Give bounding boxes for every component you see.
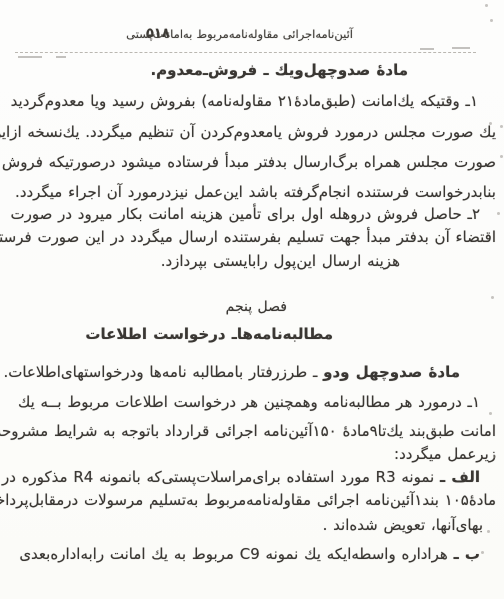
scan-speck <box>500 125 503 128</box>
article-141-para-1-line-3: صورت مجلس همراه برگ‌ارسال بدفتر مبدأ فرس… <box>0 154 496 171</box>
article-141-para-2-line-3: هزینه ارسال این‌پول رابایستی بپردازد. <box>161 253 400 270</box>
item-be-text: هراداره واسطه‌ایکه یك نمونه C9 مربوط به … <box>19 545 447 563</box>
scan-speck <box>485 4 488 7</box>
scan-artifact-dashed-line <box>15 52 476 53</box>
scan-speck <box>487 530 490 533</box>
scan-speck <box>489 122 492 125</box>
item-alef-label: الف ـ <box>440 468 480 486</box>
scan-speck <box>491 296 494 299</box>
scan-artifact-dash <box>18 56 42 58</box>
article-141-para-1-line-1: ۱ـ وقتیکه یك‌امانت (طبق‌مادهٔ۲۱ مقاوله‌ن… <box>11 93 478 110</box>
article-141-para-1-line-4: بنابدرخواست فرستنده انجام‌گرفته باشد این… <box>15 184 496 201</box>
article-142-heading-label: مادهٔ صدوچهل ودو <box>323 363 460 381</box>
article-142-item-be-line-1: ب ـ هراداره واسطه‌ایکه یك نمونه C9 مربوط… <box>19 546 480 563</box>
article-142-item-alef-line-1: الف ـ نمونه R3 مورد استفاده برای‌مراسلات… <box>2 469 480 486</box>
scan-speck <box>489 412 492 415</box>
scan-artifact-dash <box>420 48 434 50</box>
item-alef-text: نمونه R3 مورد استفاده برای‌مراسلات‌پستی‌… <box>2 468 434 486</box>
article-142-para-1-line-3: زیرعمل میگردد: <box>394 446 496 463</box>
scanned-document-page: ۵۱۸ آئین‌نامه‌اجرائی مقاوله‌نامه‌مربوط ب… <box>0 0 504 599</box>
scan-speck <box>490 19 493 22</box>
article-142-para-1-line-1: ۱ـ درمورد هر مطالبه‌نامه وهمچنین هر درخو… <box>18 394 480 411</box>
article-142-heading-text: ـ طرزرفتار بامطالبه نامه‌ها ودرخواستهای‌… <box>3 363 317 381</box>
article-142-item-alef-line-2: مادهٔ۱۰۵ بند۱آئین‌نامه اجرائی مقاوله‌نام… <box>0 492 496 509</box>
running-title: آئین‌نامه‌اجرائی مقاوله‌نامه‌مربوط به‌ام… <box>126 28 353 41</box>
scan-artifact-dash <box>56 56 66 58</box>
scan-speck <box>481 551 484 554</box>
chapter-5-title: فصل پنجم <box>226 299 287 315</box>
article-141-heading: مادهٔ صدوچهل‌ویك ـ فروش‌ـ‌معدوم. <box>150 62 408 79</box>
article-141-para-2-line-1: ۲ـ حاصل فروش دروهله اول برای تأمین هزینه… <box>10 206 480 223</box>
article-142-para-1-line-2: امانت طبق‌بند یك‌تا۹مادهٔ ۱۵۰آئین‌نامه ا… <box>0 423 496 440</box>
article-142-item-alef-line-3: بهای‌آنها، تعویض شده‌اند . <box>323 517 483 534</box>
article-142-heading: مادهٔ صدوچهل ودو ـ طرزرفتار بامطالبه نام… <box>3 364 460 381</box>
scan-artifact-dash <box>452 47 470 49</box>
scan-speck <box>493 455 496 458</box>
article-141-para-2-line-2: اقتضاء آن بدفتر مبدأ جهت تسلیم بفرستنده … <box>0 229 496 246</box>
chapter-5-subtitle: مطالبه‌نامه‌هاـ درخواست اطلاعات <box>85 326 333 343</box>
scan-speck <box>497 212 500 215</box>
item-be-label: ب ـ <box>454 545 480 563</box>
article-141-para-1-line-2: یك صورت مجلس درمورد فروش یامعدوم‌کردن آن… <box>0 124 496 141</box>
scan-speck <box>500 155 503 158</box>
